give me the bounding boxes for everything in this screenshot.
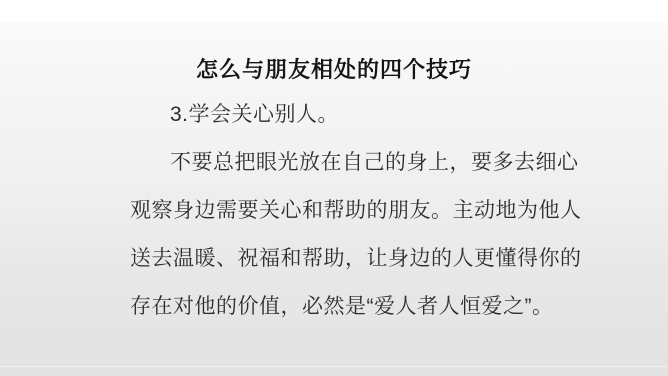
presentation-slide: 怎么与朋友相处的四个技巧 3.学会关心别人。 不要总把眼光放在自己的身上，要多去… bbox=[0, 23, 668, 376]
page-background-top bbox=[0, 0, 668, 23]
slide-bottom-edge bbox=[0, 366, 668, 367]
slide-canvas: 怎么与朋友相处的四个技巧 3.学会关心别人。 不要总把眼光放在自己的身上，要多去… bbox=[0, 0, 668, 376]
slide-title: 怎么与朋友相处的四个技巧 bbox=[0, 53, 668, 84]
paragraph-line: 不要总把眼光放在自己的身上，要多去细心 bbox=[130, 139, 544, 187]
section-heading: 3.学会关心别人。 bbox=[130, 91, 544, 139]
paragraph-line: 送去温暖、祝福和帮助，让身边的人更懂得你的 bbox=[130, 235, 544, 283]
slide-body: 3.学会关心别人。 不要总把眼光放在自己的身上，要多去细心 观察身边需要关心和帮… bbox=[130, 91, 544, 331]
paragraph-line: 存在对他的价值，必然是“爱人者人恒爱之”。 bbox=[130, 283, 544, 331]
paragraph-line: 观察身边需要关心和帮助的朋友。主动地为他人 bbox=[130, 187, 544, 235]
